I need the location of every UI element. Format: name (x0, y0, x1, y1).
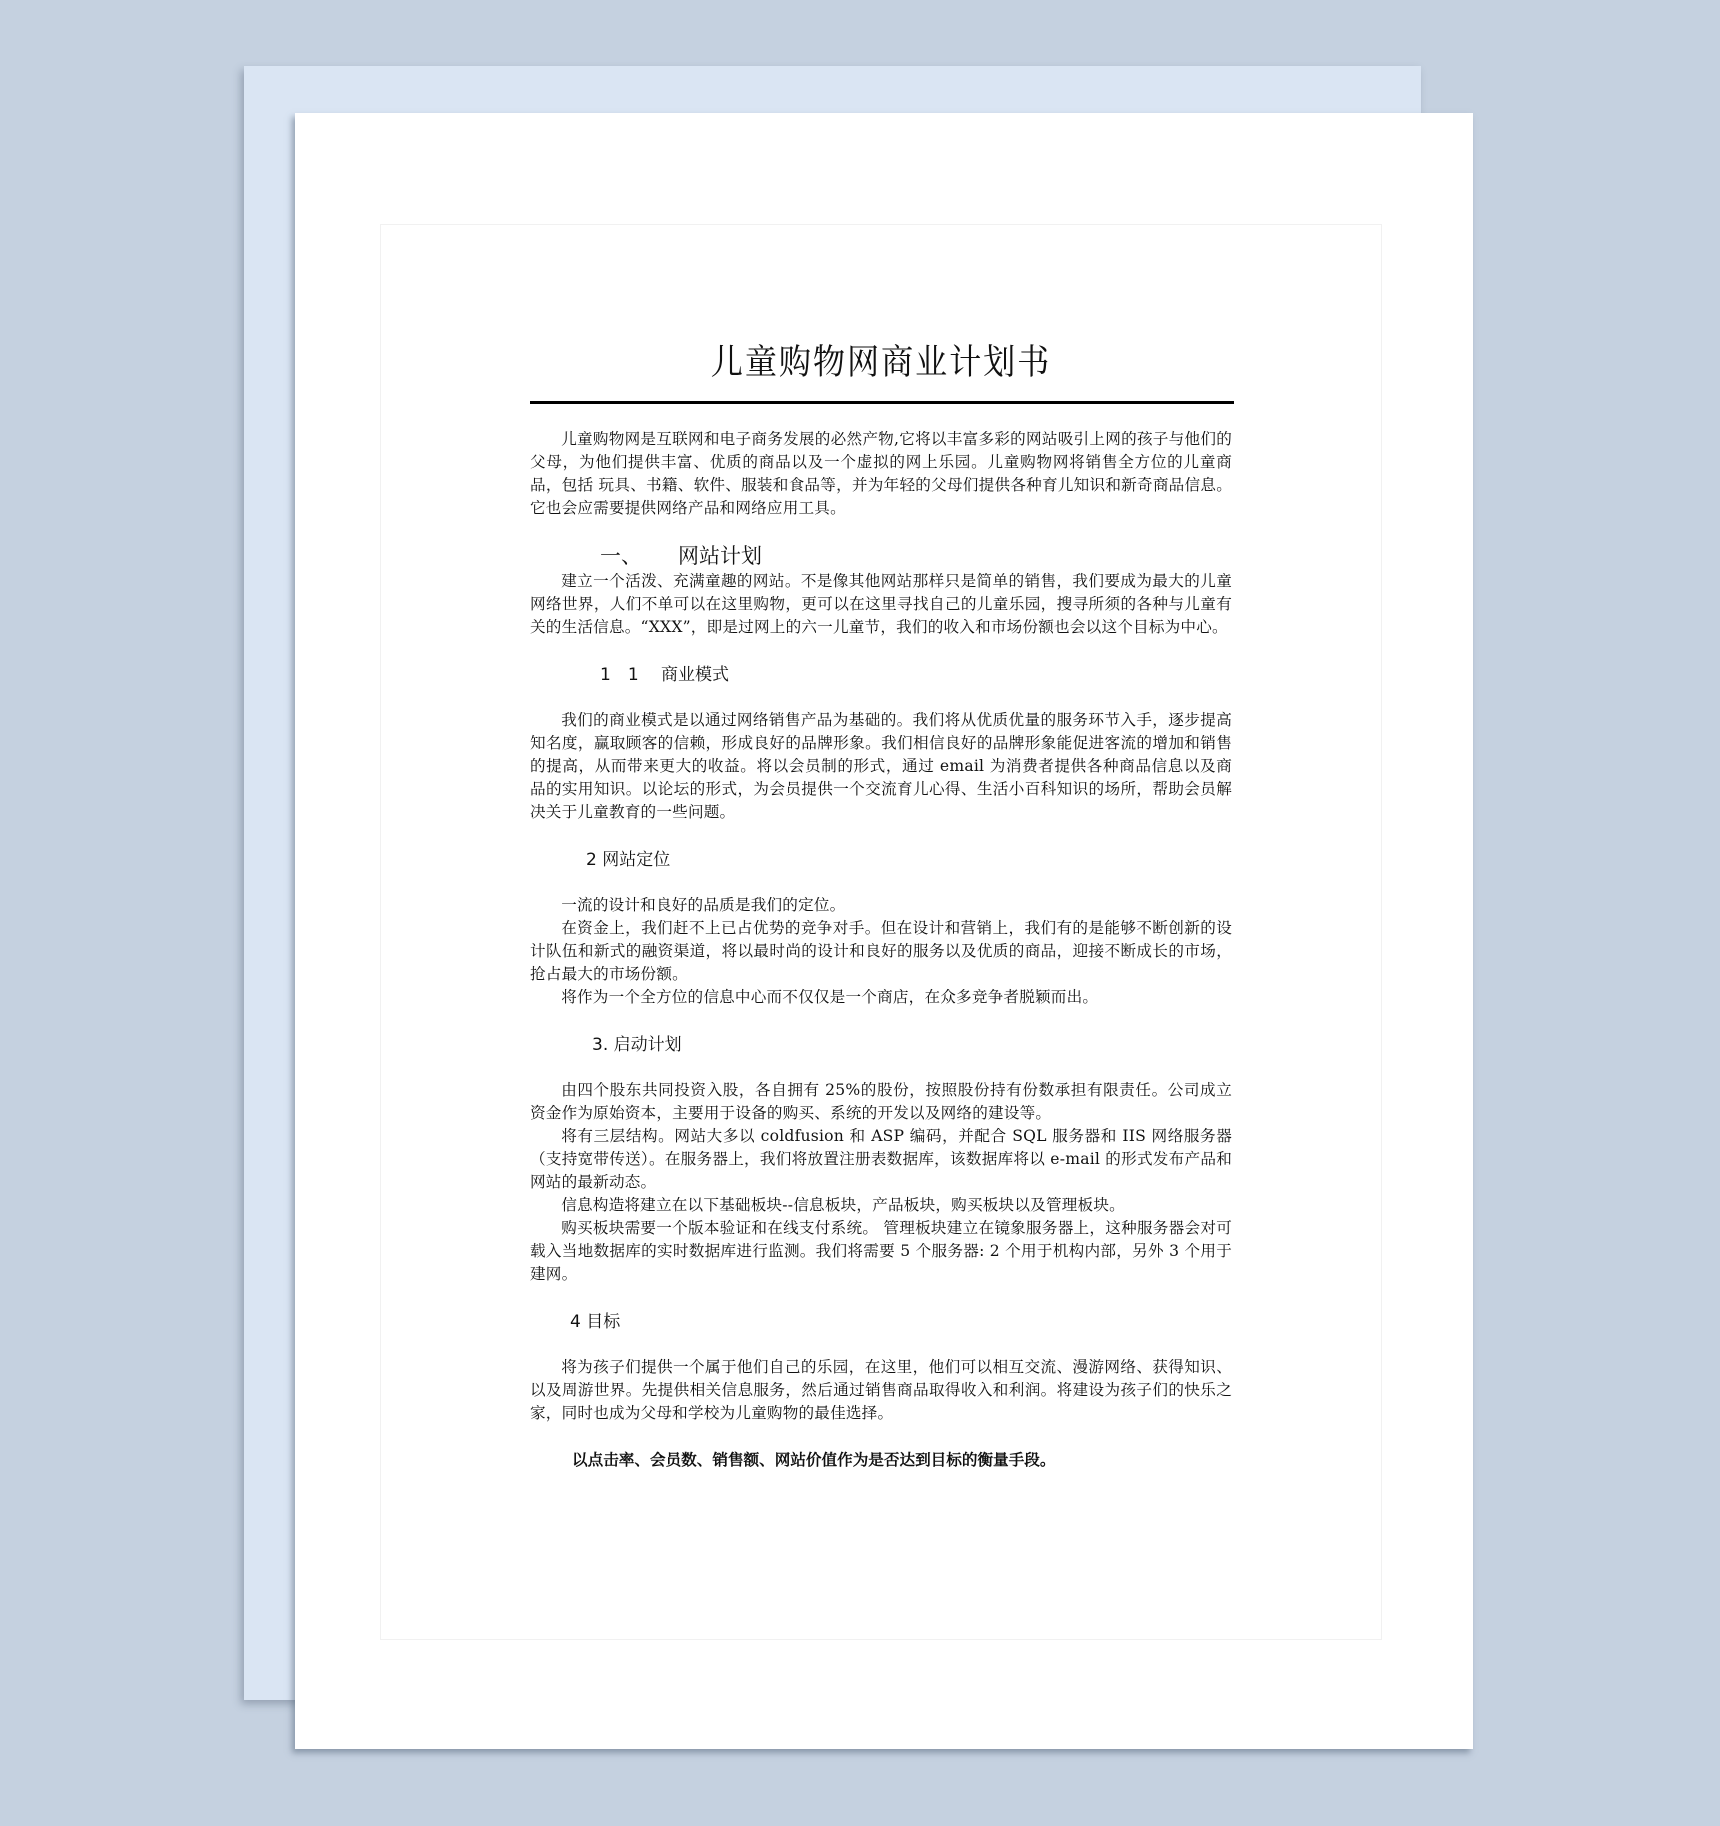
section-title: 网站计划 (678, 544, 762, 568)
title-divider (530, 401, 1234, 404)
section1-paragraph: 建立一个活泼、充满童趣的网站。不是像其他网站那样只是简单的销售，我们要成为最大的… (530, 570, 1232, 639)
intro-paragraph: 儿童购物网是互联网和电子商务发展的必然产物,它将以丰富多彩的网站吸引上网的孩子与… (530, 428, 1232, 520)
section-number: 一、 (600, 542, 678, 570)
subsection-heading-positioning: 2 网站定位 (586, 848, 1232, 872)
launch-paragraph-2: 将有三层结构。网站大多以 coldfusion 和 ASP 编码，并配合 SQL… (530, 1125, 1232, 1194)
front-page-sheet: 儿童购物网商业计划书 儿童购物网是互联网和电子商务发展的必然产物,它将以丰富多彩… (295, 113, 1473, 1749)
launch-paragraph-4: 购买板块需要一个版本验证和在线支付系统。 管理板块建立在镜象服务器上，这种服务器… (530, 1217, 1232, 1286)
positioning-paragraph-3: 将作为一个全方位的信息中心而不仅仅是一个商店，在众多竞争者脱颖而出。 (530, 986, 1232, 1009)
closing-statement: 以点击率、会员数、销售额、网站价值作为是否达到目标的衡量手段。 (530, 1449, 1232, 1472)
section-heading-website-plan: 一、网站计划 (600, 542, 1232, 570)
business-model-paragraph: 我们的商业模式是以通过网络销售产品为基础的。我们将从优质优量的服务环节入手，逐步… (530, 709, 1232, 824)
subsection-heading-goals: 4 目标 (570, 1310, 1232, 1334)
positioning-paragraph-1: 一流的设计和良好的品质是我们的定位。 (530, 894, 1232, 917)
document-content: 儿童购物网商业计划书 儿童购物网是互联网和电子商务发展的必然产物,它将以丰富多彩… (530, 341, 1232, 1472)
subsection-heading-business-model: 1 1 商业模式 (600, 663, 1232, 687)
subsection-heading-launch-plan: 3. 启动计划 (592, 1033, 1232, 1057)
document-title: 儿童购物网商业计划书 (558, 341, 1204, 389)
positioning-paragraph-2: 在资金上，我们赶不上已占优势的竞争对手。但在设计和营销上，我们有的是能够不断创新… (530, 917, 1232, 986)
goals-paragraph: 将为孩子们提供一个属于他们自己的乐园，在这里，他们可以相互交流、漫游网络、获得知… (530, 1356, 1232, 1425)
launch-paragraph-1: 由四个股东共同投资入股，各自拥有 25%的股份，按照股份持有份数承担有限责任。公… (530, 1079, 1232, 1125)
launch-paragraph-3: 信息构造将建立在以下基础板块--信息板块，产品板块，购买板块以及管理板块。 (530, 1194, 1232, 1217)
